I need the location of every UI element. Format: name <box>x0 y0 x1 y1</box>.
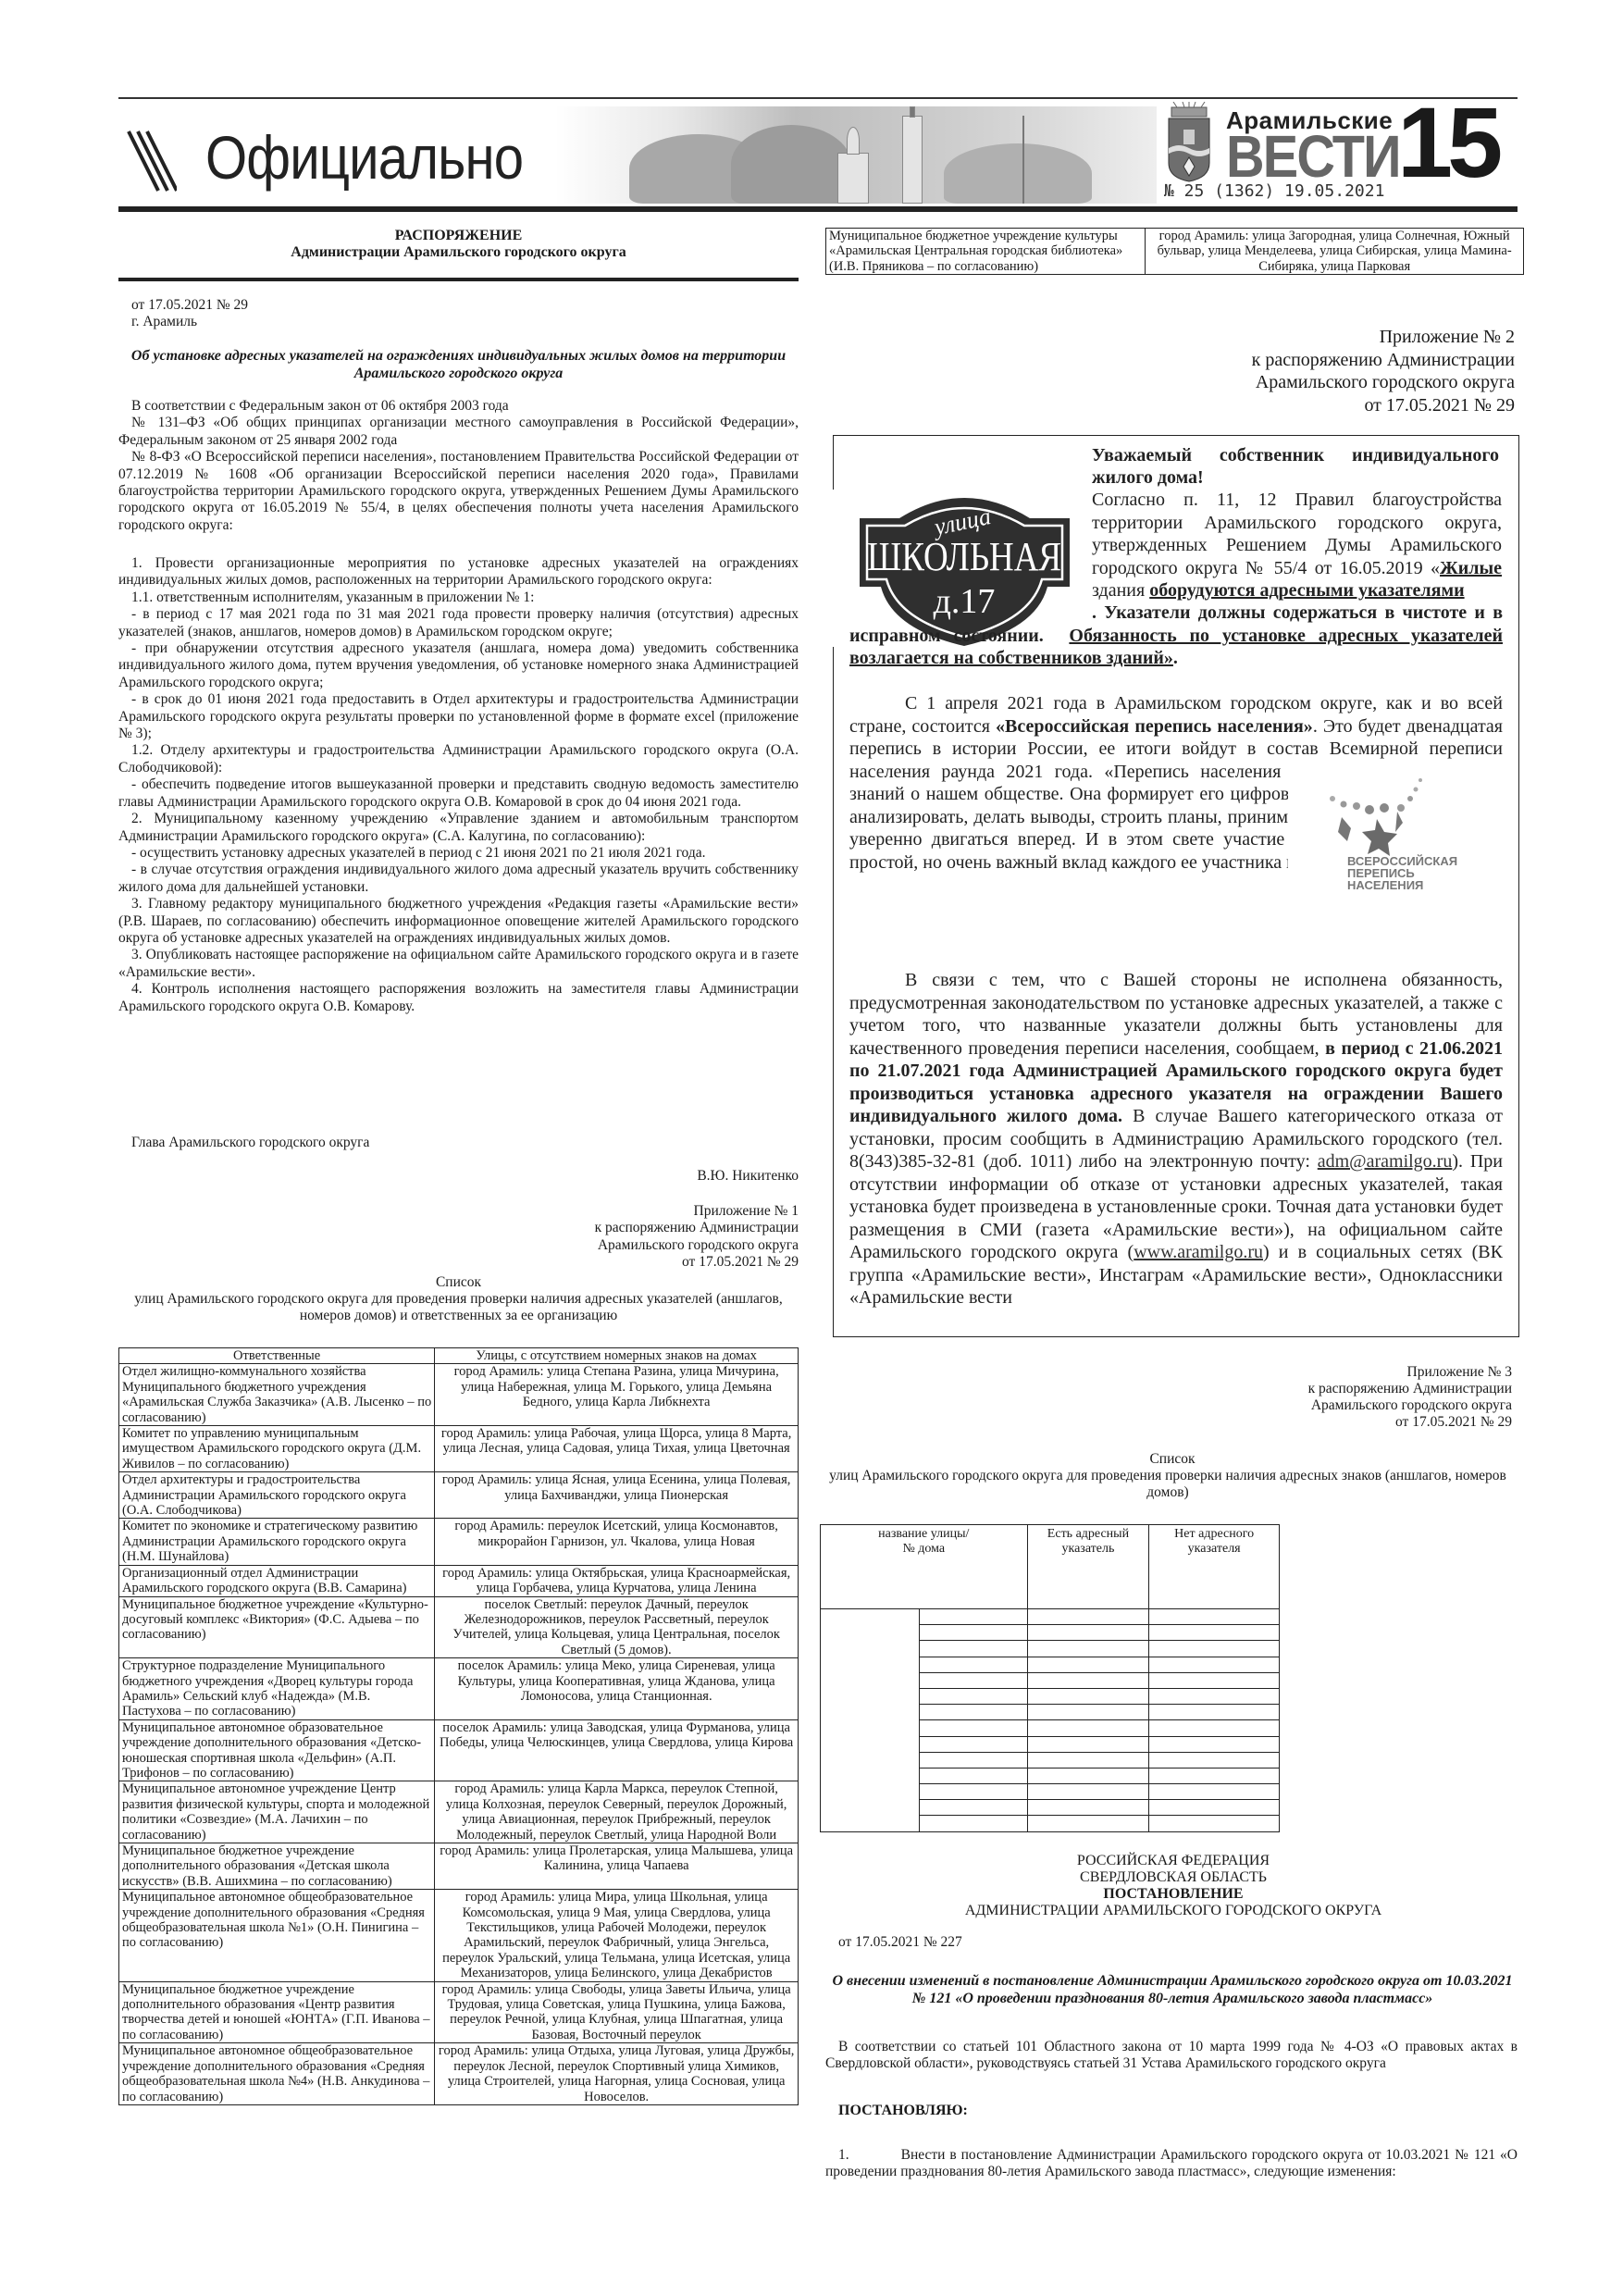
order-point: 1.2. Отделу архитектуры и градостроитель… <box>118 742 799 776</box>
responsible-cell: Муниципальное бюджетное учреждение допол… <box>119 1843 435 1890</box>
has-sign-cell[interactable] <box>1027 1705 1149 1720</box>
responsible-cell: Отдел жилищно-коммунального хозяйства Му… <box>119 1364 435 1426</box>
no-sign-cell[interactable] <box>1149 1657 1280 1672</box>
streets-cell: город Арамиль: улица Степана Разина, ули… <box>435 1364 799 1426</box>
house-number-cell[interactable] <box>919 1625 1027 1641</box>
has-sign-cell[interactable] <box>1027 1720 1149 1736</box>
notice-paragraph-3: В связи с тем, что с Вашей стороны не ис… <box>849 969 1503 1309</box>
preamble-paragraph: № 8-ФЗ «О Всероссийской переписи населен… <box>118 449 799 534</box>
responsible-cell: Муниципальное автономное общеобразовател… <box>119 1890 435 1981</box>
appendix-label-line: Приложение № 1 <box>118 1203 799 1220</box>
no-sign-cell[interactable] <box>1149 1736 1280 1752</box>
resolution-preamble: В соответствии со статьей 101 Областного… <box>825 2039 1518 2073</box>
table-row: Муниципальное автономное учреждение Цент… <box>119 1781 799 1843</box>
appendix-label-line: от 17.05.2021 № 29 <box>825 394 1515 417</box>
email-link[interactable]: adm@aramilgo.ru <box>1318 1151 1453 1172</box>
signature-role: Глава Арамильского городского округа <box>118 1135 799 1151</box>
appendix1-list-title: Список <box>118 1274 799 1291</box>
table-row: Муниципальное автономное общеобразовател… <box>119 1890 799 1981</box>
streets-cell: город Арамиль: переулок Исетский, улица … <box>435 1519 799 1565</box>
has-sign-cell[interactable] <box>1027 1625 1149 1641</box>
house-number-cell[interactable] <box>919 1752 1027 1768</box>
newspaper-brand-main: ВЕСТИ <box>1226 122 1400 191</box>
appendix-label-line: от 17.05.2021 № 29 <box>118 1254 799 1271</box>
appendix-label-line: от 17.05.2021 № 29 <box>825 1414 1512 1431</box>
order-point: - при обнаружении отсутствия адресного у… <box>118 640 799 691</box>
has-sign-cell[interactable] <box>1027 1609 1149 1625</box>
item-text: Внести в постановление Администрации Ара… <box>825 2147 1518 2179</box>
house-number-cell[interactable] <box>919 1800 1027 1816</box>
column-header: Ответственные <box>119 1348 435 1364</box>
preamble-paragraph: В соответствии с Федеральным закон от 06… <box>118 398 799 415</box>
responsible-cell: Комитет по управлению муниципальным имущ… <box>119 1426 435 1472</box>
responsible-cell: Структурное подразделение Муниципального… <box>119 1658 435 1720</box>
coat-of-arms-icon <box>1166 102 1212 183</box>
order-point: - в срок до 01 июня 2021 года предостави… <box>118 691 799 742</box>
streets-cell: город Арамиль: улица Рабочая, улица Щорс… <box>435 1426 799 1472</box>
has-sign-cell[interactable] <box>1027 1768 1149 1783</box>
address-check-table: название улицы/ № дома Есть адресный ука… <box>820 1524 1280 1832</box>
responsible-cell: Муниципальное бюджетное учреждение «Куль… <box>119 1596 435 1658</box>
no-sign-cell[interactable] <box>1149 1800 1280 1816</box>
resolution-item-1: 1.Внести в постановление Администрации А… <box>825 2147 1518 2181</box>
responsible-cell: Муниципальное автономное общеобразовател… <box>119 2043 435 2105</box>
streets-cell: город Арамиль: улица Загородная, улица С… <box>1146 229 1524 275</box>
house-number-cell[interactable] <box>919 1705 1027 1720</box>
order-point: 3. Опубликовать настоящее распоряжение н… <box>118 947 799 981</box>
order-point: - в период с 17 мая 2021 года по 31 мая … <box>118 606 799 640</box>
order-city: г. Арамиль <box>131 314 799 330</box>
resolution-title: ПОСТАНОВЛЕНИЕ <box>825 1886 1521 1903</box>
house-number-cell[interactable] <box>919 1784 1027 1800</box>
streets-cell: город Арамиль: улица Свободы, улица Заве… <box>435 1981 799 2043</box>
appendix-label-line: Арамильского городского округа <box>825 371 1515 394</box>
appendix3-label: Приложение № 3 к распоряжению Администра… <box>825 1364 1512 1431</box>
house-number-cell[interactable] <box>919 1688 1027 1704</box>
signature-name: В.Ю. Никитенко <box>118 1168 799 1185</box>
table-row: Организационный отдел Администрации Арам… <box>119 1565 799 1596</box>
banner-photo <box>555 106 1157 204</box>
header-bottom-rule <box>118 206 1518 212</box>
appendix-label-line: Приложение № 3 <box>825 1364 1512 1381</box>
appendix2-label: Приложение № 2 к распоряжению Администра… <box>825 326 1515 416</box>
resolution-heading: О внесении изменений в постановление Адм… <box>825 1973 1519 2007</box>
order-preamble: В соответствии с Федеральным закон от 06… <box>118 398 799 534</box>
preamble-paragraph: № 131–ФЗ «Об общих принципах организации… <box>118 415 799 449</box>
item-number: 1. <box>838 2147 849 2163</box>
appendix-label-line: к распоряжению Администрации <box>118 1220 799 1236</box>
appendix-label-line: к распоряжению Администрации <box>825 349 1515 372</box>
appendix3-table-area: название улицы/ № дома Есть адресный ука… <box>820 1524 1280 1832</box>
order-point: - в случае отсутствия ограждения индивид… <box>118 862 799 896</box>
no-sign-cell[interactable] <box>1149 1816 1280 1831</box>
has-sign-cell[interactable] <box>1027 1672 1149 1688</box>
has-sign-cell[interactable] <box>1027 1641 1149 1657</box>
table-row: Муниципальное бюджетное учреждение «Куль… <box>119 1596 799 1658</box>
no-sign-cell[interactable] <box>1149 1784 1280 1800</box>
table-row: Муниципальное бюджетное учреждение допол… <box>119 1843 799 1890</box>
appendix1-continued-table-wrap: Муниципальное бюджетное учреждение культ… <box>825 228 1524 275</box>
resolution-header-line: АДМИНИСТРАЦИИ АРАМИЛЬСКОГО ГОРОДСКОГО ОК… <box>825 1903 1521 1919</box>
responsible-cell: Муниципальное бюджетное учреждение допол… <box>119 1981 435 2043</box>
order-meta: от 17.05.2021 № 29 г. Арамиль <box>118 297 799 331</box>
sign-street-text: ШКОЛЬНАЯ <box>867 534 1061 579</box>
house-number-cell[interactable] <box>919 1672 1027 1688</box>
table-row <box>821 1609 1280 1625</box>
no-sign-cell[interactable] <box>1149 1609 1280 1625</box>
table-row: Отдел архитектуры и градостроительства А… <box>119 1472 799 1519</box>
streets-cell: город Арамиль: улица Отдыха, улица Лугов… <box>435 2043 799 2105</box>
no-sign-cell[interactable] <box>1149 1688 1280 1704</box>
notice-text-underlined: оборудуются адресными указателями <box>1149 580 1464 601</box>
page-number: 15 <box>1397 93 1497 192</box>
house-number-cell[interactable] <box>919 1736 1027 1752</box>
has-sign-cell[interactable] <box>1027 1657 1149 1672</box>
order-points: 1. Провести организационные мероприятия … <box>118 555 799 1015</box>
table-row: Комитет по экономике и стратегическому р… <box>119 1519 799 1565</box>
has-sign-cell[interactable] <box>1027 1784 1149 1800</box>
column-header: Улицы, с отсутствием номерных знаков на … <box>435 1348 799 1364</box>
house-number-cell[interactable] <box>919 1657 1027 1672</box>
order-point: 3. Главному редактору муниципального бюд… <box>118 896 799 947</box>
no-sign-cell[interactable] <box>1149 1625 1280 1641</box>
website-link[interactable]: www.aramilgo.ru <box>1134 1242 1263 1262</box>
responsible-cell: Муниципальное бюджетное учреждение культ… <box>826 229 1146 275</box>
appendix3-list-title: Список <box>825 1451 1519 1468</box>
appendix1-table-wrap: Ответственные Улицы, с отсутствием номер… <box>118 1347 799 2105</box>
issue-number-date: № 25 (1362) 19.05.2021 <box>1164 181 1384 201</box>
responsible-cell: Муниципальное автономное учреждение Цент… <box>119 1781 435 1843</box>
order-point: - обеспечить подведение итогов вышеуказа… <box>118 776 799 811</box>
responsibles-table-continued: Муниципальное бюджетное учреждение культ… <box>825 228 1524 275</box>
has-sign-cell[interactable] <box>1027 1736 1149 1752</box>
order-rule <box>118 278 799 281</box>
streets-cell: город Арамиль: улица Карла Маркса, переу… <box>435 1781 799 1843</box>
house-number-cell[interactable] <box>919 1816 1027 1831</box>
resolution-decree: ПОСТАНОВЛЯЮ: <box>825 2103 1519 2119</box>
house-number-cell[interactable] <box>919 1641 1027 1657</box>
resolution-date-number: от 17.05.2021 № 227 <box>825 1934 1519 1951</box>
house-number-cell[interactable] <box>919 1720 1027 1736</box>
order-point: 1.1. ответственным исполнителям, указанн… <box>118 590 799 606</box>
house-number-cell[interactable] <box>919 1609 1027 1625</box>
streets-cell: город Арамиль: улица Ясная, улица Есенин… <box>435 1472 799 1519</box>
column-header-has-sign: Есть адресный указатель <box>1027 1525 1149 1609</box>
appendix1-label: Приложение № 1 к распоряжению Администра… <box>118 1203 799 1272</box>
appendix1-list-subtitle: улиц Арамильского городского округа для … <box>118 1291 799 1325</box>
table-row: Муниципальное бюджетное учреждение культ… <box>826 229 1524 275</box>
svg-text:НАСЕЛЕНИЯ: НАСЕЛЕНИЯ <box>1347 878 1423 892</box>
order-title: РАСПОРЯЖЕНИЕ <box>118 228 799 244</box>
street-name-cell[interactable] <box>821 1609 920 1832</box>
no-sign-cell[interactable] <box>1149 1720 1280 1736</box>
table-header-row: Ответственные Улицы, с отсутствием номер… <box>119 1348 799 1364</box>
has-sign-cell[interactable] <box>1027 1688 1149 1704</box>
section-title: Официально <box>205 122 523 192</box>
notice-paragraph-1-cont: . Указатели должны содержаться в чистоте… <box>849 602 1503 670</box>
section-slashes-icon <box>125 128 177 194</box>
streets-cell: поселок Светлый: переулок Дачный, переул… <box>435 1596 799 1658</box>
table-row: Структурное подразделение Муниципального… <box>119 1658 799 1720</box>
no-sign-cell[interactable] <box>1149 1672 1280 1688</box>
resolution-header-line: РОССИЙСКАЯ ФЕДЕРАЦИЯ <box>825 1853 1521 1869</box>
table-row: Муниципальное автономное образовательное… <box>119 1719 799 1781</box>
resolution-header-line: СВЕРДЛОВСКАЯ ОБЛАСТЬ <box>825 1869 1521 1886</box>
notice-paragraph-1: Согласно п. 11, 12 Правил благоустройств… <box>1092 489 1502 602</box>
order-date-number: от 17.05.2021 № 29 <box>131 297 799 314</box>
has-sign-cell[interactable] <box>1027 1800 1149 1816</box>
appendix-label-line: к распоряжению Администрации <box>825 1381 1512 1397</box>
table-row: Отдел жилищно-коммунального хозяйства Му… <box>119 1364 799 1426</box>
streets-cell: поселок Арамиль: улица Заводская, улица … <box>435 1719 799 1781</box>
order-point: - осуществить установку адресных указате… <box>118 845 799 862</box>
order-point: 1. Провести организационные мероприятия … <box>118 555 799 590</box>
order-title-block: РАСПОРЯЖЕНИЕ Администрации Арамильского … <box>118 228 799 261</box>
column-header-no-sign: Нет адресного указателя <box>1149 1525 1280 1609</box>
streets-cell: город Арамиль: улица Мира, улица Школьна… <box>435 1890 799 1981</box>
table-header-row: название улицы/ № дома Есть адресный ука… <box>821 1525 1280 1609</box>
order-subtitle: Администрации Арамильского городского ок… <box>118 244 799 261</box>
responsible-cell: Муниципальное автономное образовательное… <box>119 1719 435 1781</box>
no-sign-cell[interactable] <box>1149 1768 1280 1783</box>
responsible-cell: Отдел архитектуры и градостроительства А… <box>119 1472 435 1519</box>
notice-text: здания <box>1092 580 1149 601</box>
header-top-rule <box>118 97 1518 99</box>
streets-cell: город Арамиль: улица Пролетарская, улица… <box>435 1843 799 1890</box>
streets-cell: город Арамиль: улица Октябрьская, улица … <box>435 1565 799 1596</box>
order-point: 4. Контроль исполнения настоящего распор… <box>118 981 799 1015</box>
responsibles-table: Ответственные Улицы, с отсутствием номер… <box>118 1347 799 2105</box>
house-number-cell[interactable] <box>919 1768 1027 1783</box>
appendix-label-line: Приложение № 2 <box>825 326 1515 349</box>
table-row: Муниципальное автономное общеобразовател… <box>119 2043 799 2105</box>
table-row: Муниципальное бюджетное учреждение допол… <box>119 1981 799 2043</box>
notice-title: Уважаемый собственник индивидуального жи… <box>1092 444 1499 489</box>
no-sign-cell[interactable] <box>1149 1705 1280 1720</box>
responsible-cell: Комитет по экономике и стратегическому р… <box>119 1519 435 1565</box>
table-row: Комитет по управлению муниципальным имущ… <box>119 1426 799 1472</box>
notice-text-underlined: Жилые <box>1440 558 1502 578</box>
responsible-cell: Организационный отдел Администрации Арам… <box>119 1565 435 1596</box>
streets-cell: поселок Арамиль: улица Меко, улица Сирен… <box>435 1658 799 1720</box>
column-header-street: название улицы/ № дома <box>821 1525 1028 1609</box>
order-heading: Об установке адресных указателей на огра… <box>118 348 799 382</box>
has-sign-cell[interactable] <box>1027 1816 1149 1831</box>
no-sign-cell[interactable] <box>1149 1752 1280 1768</box>
census-logo-icon: ВСЕРОССИЙСКАЯ ПЕРЕПИСЬ НАСЕЛЕНИЯ <box>1305 773 1490 893</box>
has-sign-cell[interactable] <box>1027 1752 1149 1768</box>
notice-text-bold: «Всероссийская перепись населения» <box>996 716 1313 737</box>
resolution-header: РОССИЙСКАЯ ФЕДЕРАЦИЯ СВЕРДЛОВСКАЯ ОБЛАСТ… <box>825 1853 1521 1919</box>
no-sign-cell[interactable] <box>1149 1641 1280 1657</box>
appendix-label-line: Арамильского городского округа <box>825 1397 1512 1414</box>
order-point: 2. Муниципальному казенному учреждению «… <box>118 811 799 845</box>
appendix3-list-subtitle: улиц Арамильского городского округа для … <box>825 1468 1519 1501</box>
appendix-label-line: Арамильского городского округа <box>118 1237 799 1254</box>
